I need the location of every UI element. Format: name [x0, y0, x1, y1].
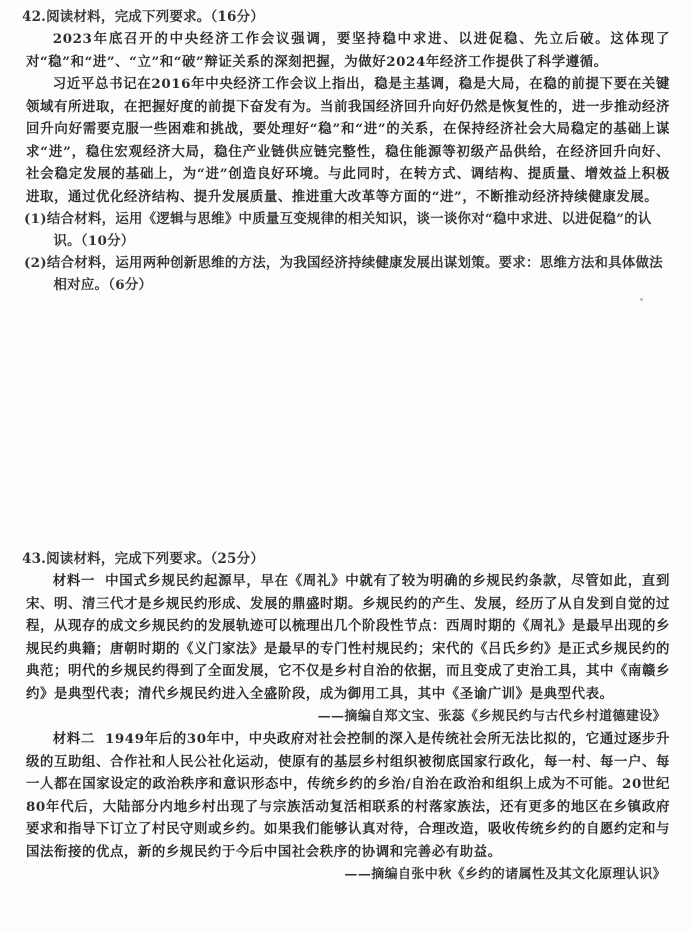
question-43: 43.阅读材料，完成下列要求。（25分） 材料一中国式乡规民约起源早，早在《周礼…: [22, 548, 670, 886]
material-2-source: ——摘编自张中秋《乡约的诸属性及其文化原理认识》: [22, 863, 670, 886]
material-1-text: 中国式乡规民约起源早，早在《周礼》中就有了较为明确的乡规民约条款，尽管如此，直到…: [26, 573, 670, 702]
material-2-text: 1949年后的30年中，中央政府对社会控制的深入是传统社会所无法比拟的，它通过逐…: [26, 731, 670, 860]
material-1-source: ——摘编自郑文宝、张蕊《乡规民约与古代乡村道德建设》: [22, 705, 670, 728]
material-1-label: 材料一: [53, 573, 95, 589]
question-43-heading: 43.阅读材料，完成下列要求。（25分）: [22, 548, 670, 570]
question-42-heading: 42.阅读材料，完成下列要求。（16分）: [22, 6, 670, 28]
question-42-paragraph-2: 习近平总书记在2016年中央经济工作会议上指出，稳是主基调，稳是大局，在稳的前提…: [22, 73, 670, 208]
question-42-subquestion-2: (2)结合材料，运用两种创新思维的方法，为我国经济持续健康发展出谋划策。要求：思…: [24, 252, 670, 296]
material-2: 材料二1949年后的30年中，中央政府对社会控制的深入是传统社会所无法比拟的，它…: [22, 728, 670, 863]
material-2-label: 材料二: [53, 731, 95, 747]
scan-speck: [30, 822, 33, 825]
exam-page: 42.阅读材料，完成下列要求。（16分） 2023年底召开的中央经济工作会议强调…: [0, 0, 692, 932]
question-42-paragraph-1: 2023年底召开的中央经济工作会议强调，要坚持稳中求进、以进促稳、先立后破。这体…: [22, 28, 670, 73]
scan-speck: [640, 298, 643, 301]
material-1: 材料一中国式乡规民约起源早，早在《周礼》中就有了较为明确的乡规民约条款，尽管如此…: [22, 570, 670, 705]
question-42: 42.阅读材料，完成下列要求。（16分） 2023年底召开的中央经济工作会议强调…: [22, 6, 670, 296]
question-42-subquestion-1: (1)结合材料，运用《逻辑与思维》中质量互变规律的相关知识，谈一谈你对“稳中求进…: [24, 208, 670, 252]
